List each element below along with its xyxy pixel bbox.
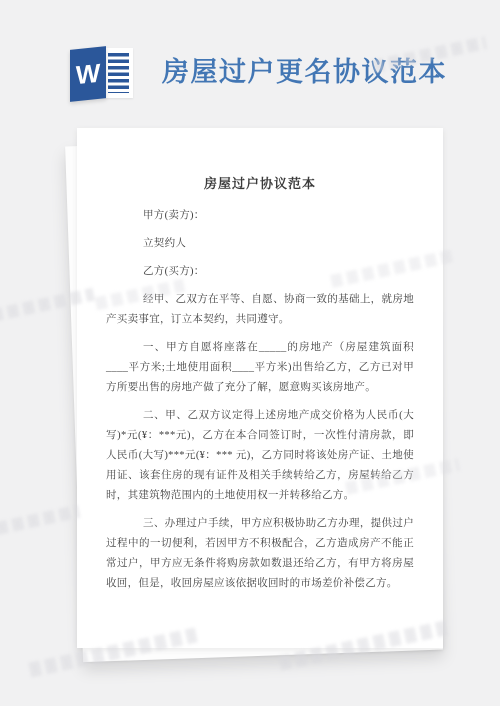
party-line-seller: 甲方(卖方)： [106, 206, 414, 226]
doc-paragraph-clause-1: 一、甲方自愿将座落在_____的房地产（房屋建筑面积____平方米;土地使用面积… [106, 338, 414, 398]
word-icon-text-lines [108, 53, 129, 93]
document-title: 房屋过户协议范本 [106, 175, 414, 193]
watermark-smudge [0, 505, 80, 539]
doc-paragraph-clause-3: 三、办理过户手续，甲方应积极协助乙方办理，提供过户过程中的一切便利，若因甲方不积… [106, 514, 414, 594]
template-preview-card[interactable]: W 房屋过户更名协议范本 房屋过户协议范本 甲方(卖方)： 立契约人 乙方(买方… [0, 0, 500, 706]
party-line-buyer: 乙方(买方)： [106, 262, 414, 282]
doc-paragraph-clause-2: 二、甲、乙双方议定得上述房地产成交价格为人民币(大写)*元(¥：***元)，乙方… [106, 406, 414, 506]
page-title: 房屋过户更名协议范本 [162, 50, 447, 89]
header: W 房屋过户更名协议范本 [0, 0, 500, 118]
party-line-contractor: 立契约人 [106, 234, 414, 254]
paper-sheet-front: 房屋过户协议范本 甲方(卖方)： 立契约人 乙方(买方)： 经甲、乙双方在平等、… [77, 128, 443, 648]
word-icon-page [104, 48, 133, 98]
word-icon-cover: W [70, 46, 106, 102]
word-icon-letter: W [76, 60, 101, 89]
ms-word-icon: W [70, 42, 134, 104]
doc-paragraph-intro: 经甲、乙双方在平等、自愿、协商一致的基础上，就房地产买卖事宜，订立本契约，共同遵… [106, 290, 414, 330]
